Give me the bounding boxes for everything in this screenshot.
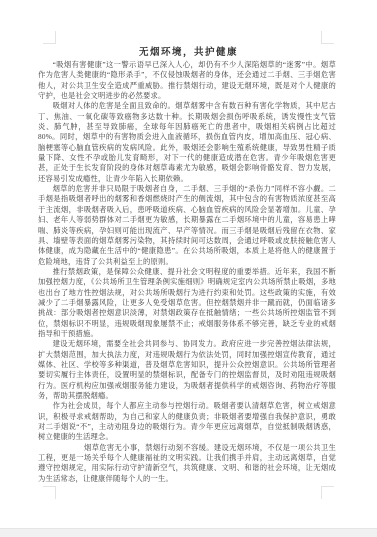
paragraph-personal-harm: 吸烟对人体的危害是全面且致命的。烟草烟雾中含有数百种有害化学物质，其中尼古丁、焦… — [38, 101, 336, 184]
page-bottom-gutter — [0, 528, 377, 537]
paragraph-conclusion: 烟草危害无小事，禁烟行动刻不容缓。建设无烟环境，不仅是一项公共卫生工程，更是一场… — [38, 443, 336, 484]
margin-mark-top-left — [43, 31, 56, 44]
paragraph-society-action: 建设无烟环境，需要全社会共同参与、协同发力。政府应进一步完善控烟法律法规，扩大禁… — [38, 339, 336, 401]
document-body: “吸烟有害健康”这一警示语早已深入人心，却仍有不少人深陷烟草的“迷雾”中。烟草作… — [38, 60, 336, 484]
paragraph-intro: “吸烟有害健康”这一警示语早已深入人心，却仍有不少人深陷烟草的“迷雾”中。烟草作… — [38, 60, 336, 101]
paragraph-policy: 推行禁烟政策，是保障公众健康、提升社会文明程度的重要举措。近年来，我国不断加强控… — [38, 267, 336, 339]
document-page: 无烟环境，共护健康 “吸烟有害健康”这一警示语早已深入人心，却仍有不少人深陷烟草… — [0, 0, 377, 537]
document-title: 无烟环境，共护健康 — [0, 44, 377, 58]
margin-mark-bottom-right — [321, 486, 334, 499]
margin-mark-bottom-left — [43, 486, 56, 499]
margin-mark-top-right — [321, 31, 334, 44]
paragraph-individual-action: 作为社会成员，每个人都应主动参与控烟行动。吸烟者要认清烟草危害，树立戒烟意识，积… — [38, 401, 336, 442]
paragraph-secondhand-smoke: 烟草的危害并非只局限于吸烟者自身，二手烟、三手烟的“杀伤力”同样不容小觑。二手烟… — [38, 184, 336, 267]
